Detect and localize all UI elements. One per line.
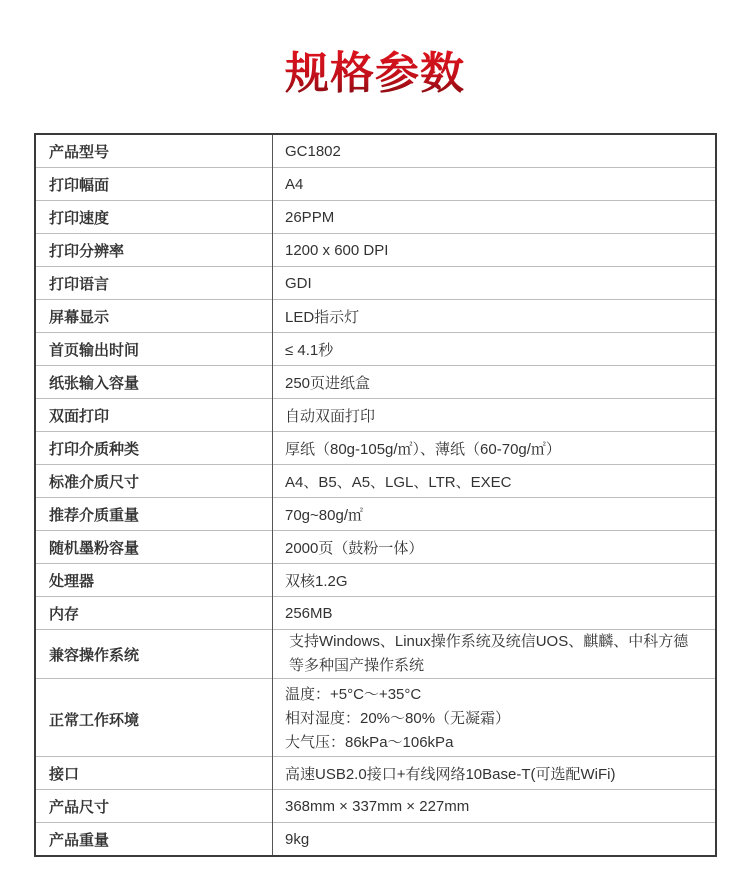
spec-value: 26PPM bbox=[273, 201, 717, 234]
spec-label: 打印介质种类 bbox=[35, 432, 273, 465]
spec-value-line: 相对湿度：20%～80%（无凝霜） bbox=[285, 707, 715, 731]
spec-value: 1200 x 600 DPI bbox=[273, 234, 717, 267]
spec-label: 打印速度 bbox=[35, 201, 273, 234]
spec-label: 推荐介质重量 bbox=[35, 498, 273, 531]
spec-label: 标准介质尺寸 bbox=[35, 465, 273, 498]
spec-value: A4 bbox=[273, 168, 717, 201]
spec-label: 产品型号 bbox=[35, 134, 273, 168]
spec-label: 接口 bbox=[35, 757, 273, 790]
spec-label: 打印幅面 bbox=[35, 168, 273, 201]
spec-value: 9kg bbox=[273, 823, 717, 857]
spec-row: 打印语言GDI bbox=[35, 267, 716, 300]
spec-label: 首页输出时间 bbox=[35, 333, 273, 366]
spec-value: GC1802 bbox=[273, 134, 717, 168]
spec-value: 70g~80g/㎡ bbox=[273, 498, 717, 531]
spec-row: 首页输出时间≤ 4.1秒 bbox=[35, 333, 716, 366]
spec-row: 产品重量9kg bbox=[35, 823, 716, 857]
spec-value: GDI bbox=[273, 267, 717, 300]
spec-value: 支持Windows、Linux操作系统及统信UOS、麒麟、中科方德 等多种国产操… bbox=[273, 630, 717, 679]
spec-label: 屏幕显示 bbox=[35, 300, 273, 333]
spec-value: 250页进纸盒 bbox=[273, 366, 717, 399]
spec-value: 高速USB2.0接口+有线网络10Base-T(可选配WiFi) bbox=[273, 757, 717, 790]
spec-value-line: 温度：+5°C～+35°C bbox=[285, 683, 715, 707]
spec-value: A4、B5、A5、LGL、LTR、EXEC bbox=[273, 465, 717, 498]
spec-value: ≤ 4.1秒 bbox=[273, 333, 717, 366]
spec-label: 正常工作环境 bbox=[35, 679, 273, 757]
spec-value-line: 支持Windows、Linux操作系统及统信UOS、麒麟、中科方德 bbox=[285, 630, 715, 654]
spec-row: 处理器双核1.2G bbox=[35, 564, 716, 597]
spec-value: 双核1.2G bbox=[273, 564, 717, 597]
spec-row: 推荐介质重量70g~80g/㎡ bbox=[35, 498, 716, 531]
spec-label: 内存 bbox=[35, 597, 273, 630]
spec-row: 产品尺寸368mm × 337mm × 227mm bbox=[35, 790, 716, 823]
spec-row: 产品型号GC1802 bbox=[35, 134, 716, 168]
spec-value-line: 大气压：86kPa～106kPa bbox=[285, 731, 715, 755]
page-title: 规格参数 bbox=[0, 44, 750, 104]
spec-value-line: 等多种国产操作系统 bbox=[285, 654, 715, 678]
spec-table: 产品型号GC1802 打印幅面A4 打印速度26PPM 打印分辨率1200 x … bbox=[34, 133, 717, 857]
spec-label: 处理器 bbox=[35, 564, 273, 597]
spec-row: 打印分辨率1200 x 600 DPI bbox=[35, 234, 716, 267]
spec-row: 接口高速USB2.0接口+有线网络10Base-T(可选配WiFi) bbox=[35, 757, 716, 790]
spec-row: 打印速度26PPM bbox=[35, 201, 716, 234]
spec-label: 随机墨粉容量 bbox=[35, 531, 273, 564]
spec-row: 屏幕显示LED指示灯 bbox=[35, 300, 716, 333]
spec-row: 标准介质尺寸A4、B5、A5、LGL、LTR、EXEC bbox=[35, 465, 716, 498]
spec-row: 打印介质种类厚纸（80g-105g/㎡）、薄纸（60-70g/㎡） bbox=[35, 432, 716, 465]
spec-value: 自动双面打印 bbox=[273, 399, 717, 432]
spec-value: 2000页（鼓粉一体） bbox=[273, 531, 717, 564]
spec-label: 双面打印 bbox=[35, 399, 273, 432]
spec-row: 双面打印自动双面打印 bbox=[35, 399, 716, 432]
spec-row: 内存256MB bbox=[35, 597, 716, 630]
spec-row: 纸张输入容量250页进纸盒 bbox=[35, 366, 716, 399]
spec-label: 打印分辨率 bbox=[35, 234, 273, 267]
spec-label: 产品重量 bbox=[35, 823, 273, 857]
spec-label: 兼容操作系统 bbox=[35, 630, 273, 679]
spec-value: LED指示灯 bbox=[273, 300, 717, 333]
spec-value: 368mm × 337mm × 227mm bbox=[273, 790, 717, 823]
spec-label: 产品尺寸 bbox=[35, 790, 273, 823]
spec-row: 兼容操作系统 支持Windows、Linux操作系统及统信UOS、麒麟、中科方德… bbox=[35, 630, 716, 679]
spec-value: 温度：+5°C～+35°C 相对湿度：20%～80%（无凝霜） 大气压：86kP… bbox=[273, 679, 717, 757]
spec-row: 打印幅面A4 bbox=[35, 168, 716, 201]
spec-label: 纸张输入容量 bbox=[35, 366, 273, 399]
spec-value: 256MB bbox=[273, 597, 717, 630]
spec-label: 打印语言 bbox=[35, 267, 273, 300]
spec-value: 厚纸（80g-105g/㎡）、薄纸（60-70g/㎡） bbox=[273, 432, 717, 465]
spec-row: 正常工作环境 温度：+5°C～+35°C 相对湿度：20%～80%（无凝霜） 大… bbox=[35, 679, 716, 757]
spec-row: 随机墨粉容量2000页（鼓粉一体） bbox=[35, 531, 716, 564]
